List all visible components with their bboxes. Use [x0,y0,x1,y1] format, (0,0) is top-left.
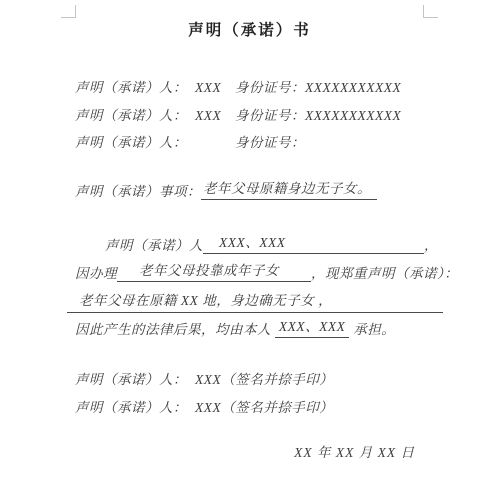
body-line1-label: 声明（承诺）人 [105,238,203,253]
declarant-name: XXX [195,80,221,95]
signature-label: 声明（承诺）人： [75,372,187,387]
reason-fill-in: 老年父母投靠成年子女 [117,262,311,282]
id-value: XXXXXXXXXXX [305,80,401,95]
body-line1-tail: ， [424,238,438,253]
id-label: 身份证号： [235,135,305,150]
id-group: 身份证号： [235,131,305,151]
subject-fill-in: 老年父母原籍身边无子女。 [201,180,377,200]
declarant-label: 声明（承诺）人： [75,135,187,150]
signature-value: XXX（签名并捺手印） [195,372,333,387]
body-line-2: 因办理老年父母投靠成年子女，现郑重声明（承诺）： [75,262,489,282]
margin-mark-top-right-icon [423,5,438,18]
id-label: 身份证号： [235,80,305,95]
signature-row: 声明（承诺）人：XXX（签名并捺手印） [75,396,489,416]
body-line-4: 因此产生的法律后果，均由本人 XXX、XXX 承担。 [75,318,489,338]
document-page: 声明（承诺）书 声明（承诺）人：XXX 身份证号：XXXXXXXXXXX 声明（… [0,0,499,477]
id-value: XXXXXXXXXXX [305,108,401,123]
signature-row: 声明（承诺）人：XXX（签名并捺手印） [75,368,489,388]
date-line: XX 年 XX 月 XX 日 [294,441,415,461]
margin-mark-top-left-icon [61,5,76,18]
declarant-label: 声明（承诺）人： [75,108,187,123]
declarant-names-fill-in: XXX、XXX [203,234,424,254]
body-line4-prefix: 因此产生的法律后果，均由本人 [75,322,275,337]
declarant-row: 声明（承诺）人： 身份证号： [75,131,489,151]
body-line2-prefix: 因办理 [75,266,117,281]
id-group: 身份证号：XXXXXXXXXXX [235,104,401,124]
signature-value: XXX（签名并捺手印） [195,400,333,415]
declarant-row: 声明（承诺）人：XXX 身份证号：XXXXXXXXXXX [75,76,489,96]
body-line4-tail: 承担。 [349,322,395,337]
signature-label: 声明（承诺）人： [75,400,187,415]
id-label: 身份证号： [235,108,305,123]
body-line2-tail: ，现郑重声明（承诺）： [311,266,458,281]
declarant-label: 声明（承诺）人： [75,80,187,95]
body-line-3: 老年父母在原籍 XX 地，身边确无子女 ， [67,289,443,313]
id-group: 身份证号：XXXXXXXXXXX [235,76,401,96]
document-title: 声明（承诺）书 [0,18,499,40]
declarant-name: XXX [195,108,221,123]
subject-row: 声明（承诺）事项：老年父母原籍身边无子女。 [75,180,489,200]
declarant-row: 声明（承诺）人：XXX 身份证号：XXXXXXXXXXX [75,104,489,124]
responsible-names-fill-in: XXX、XXX [275,318,349,338]
subject-label: 声明（承诺）事项： [75,184,201,199]
body-line-1: 声明（承诺）人XXX、XXX， [75,234,489,254]
statement-fill-in: 老年父母在原籍 XX 地，身边确无子女 ， [79,293,332,308]
